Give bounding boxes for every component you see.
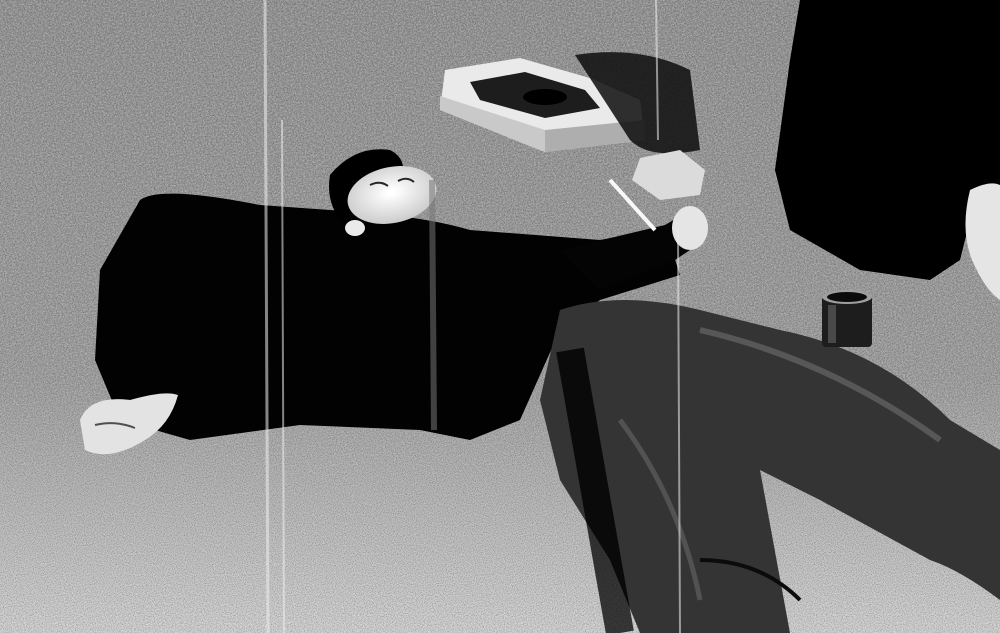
photo-scene: [0, 0, 1000, 633]
metal-cup: [822, 290, 872, 347]
photograph: [0, 0, 1000, 633]
